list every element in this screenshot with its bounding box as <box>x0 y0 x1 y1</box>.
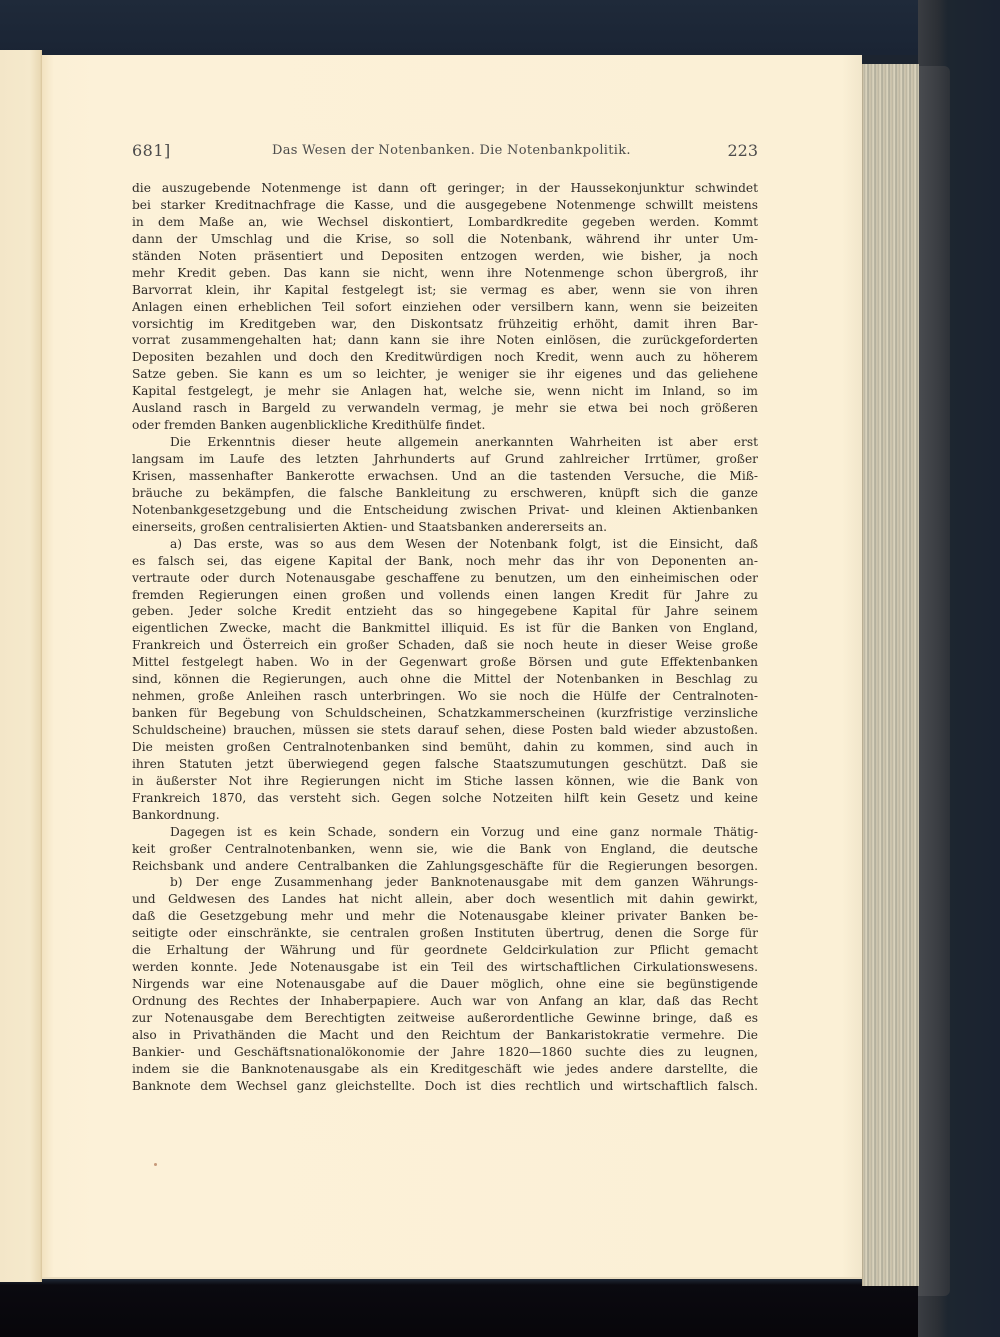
text-line: eigentlichen Zwecke, macht die Bankmitte… <box>132 620 758 637</box>
text-line: Satze geben. Sie kann es um so leichter,… <box>132 366 758 383</box>
text-line: Mittel festgelegt haben. Wo in der Gegen… <box>132 654 758 671</box>
text-line: a) Das erste, was so aus dem Wesen der N… <box>132 536 758 553</box>
text-line: die auszugebende Notenmenge ist dann oft… <box>132 180 758 197</box>
paper-speck <box>154 1163 157 1166</box>
text-line: die Erhaltung der Währung und für geordn… <box>132 942 758 959</box>
text-line: b) Der enge Zusammenhang jeder Banknoten… <box>132 874 758 891</box>
text-line: Krisen, massenhafter Bankerotte erwachse… <box>132 468 758 485</box>
text-line: Ordnung des Rechtes der Inhaberpapiere. … <box>132 993 758 1010</box>
text-line: es falsch sei, das eigene Kapital der Ba… <box>132 553 758 570</box>
text-line: zur Notenausgabe dem Berechtigten zeitwe… <box>132 1010 758 1027</box>
section-marker: 681] <box>132 141 171 160</box>
text-line: Schuldscheine) brauchen, müssen sie stet… <box>132 722 758 739</box>
text-line: nehmen, große Anleihen rasch unterbringe… <box>132 688 758 705</box>
text-line: Frankreich und Österreich ein großer Sch… <box>132 637 758 654</box>
previous-page-edge <box>0 50 42 1282</box>
text-line: bräuche zu bekämpfen, die falsche Bankle… <box>132 485 758 502</box>
text-line: Die Erkenntnis dieser heute allgemein an… <box>132 434 758 451</box>
text-line: langsam im Laufe des letzten Jahrhundert… <box>132 451 758 468</box>
text-line: Ausland rasch in Bargeld zu verwandeln v… <box>132 400 758 417</box>
text-line: werden konnte. Jede Notenausgabe ist ein… <box>132 959 758 976</box>
text-line: Depositen bezahlen und doch den Kreditwü… <box>132 349 758 366</box>
text-line: indem sie die Banknotenausgabe als ein K… <box>132 1061 758 1078</box>
page-header: 681] Das Wesen der Notenbanken. Die Note… <box>132 141 758 163</box>
text-line: Kapital festgelegt, je mehr sie Anlagen … <box>132 383 758 400</box>
text-line: Nirgends war eine Notenausgabe auf die D… <box>132 976 758 993</box>
body-text: die auszugebende Notenmenge ist dann oft… <box>132 180 758 1095</box>
book-cover-edge <box>918 66 950 1296</box>
text-line: Frankreich 1870, das versteht sich. Gege… <box>132 790 758 807</box>
running-title: Das Wesen der Notenbanken. Die Notenbank… <box>272 143 631 158</box>
text-line: dann der Umschlag und die Krise, so soll… <box>132 231 758 248</box>
text-line: Barvorrat klein, ihr Kapital festgelegt … <box>132 282 758 299</box>
text-line: daß die Gesetzgebung mehr und mehr die N… <box>132 908 758 925</box>
text-line: vertraute oder durch Notenausgabe gescha… <box>132 570 758 587</box>
text-line: einerseits, großen centralisierten Aktie… <box>132 519 758 536</box>
text-line: ihren Statuten jetzt überwiegend gegen f… <box>132 756 758 773</box>
text-line: vorrat zusammengehalten hat; dann kann s… <box>132 332 758 349</box>
text-line: sind, können die Regierungen, auch ohne … <box>132 671 758 688</box>
text-line: ständen Noten präsentiert und Depositen … <box>132 248 758 265</box>
text-line: in dem Maße an, wie Wechsel diskontiert,… <box>132 214 758 231</box>
text-line: Die meisten großen Centralnotenbanken si… <box>132 739 758 756</box>
text-line: geben. Jeder solche Kredit entzieht das … <box>132 603 758 620</box>
text-line: Reichsbank und andere Centralbanken die … <box>132 858 758 875</box>
text-line: fremden Regierungen einen großen und vol… <box>132 587 758 604</box>
page-number: 223 <box>727 141 758 160</box>
text-line: Notenbankgesetzgebung und die Entscheidu… <box>132 502 758 519</box>
text-line: Bankier- und Geschäftsnationalökonomie d… <box>132 1044 758 1061</box>
text-line: Anlagen einen erheblichen Teil sofort ei… <box>132 299 758 316</box>
text-line: mehr Kredit geben. Das kann sie nicht, w… <box>132 265 758 282</box>
text-line: vorsichtig im Kreditgeben war, den Disko… <box>132 316 758 333</box>
text-line: oder fremden Banken augenblickliche Kred… <box>132 417 758 434</box>
text-line: Banknote dem Wechsel ganz gleichstellte.… <box>132 1078 758 1095</box>
text-line: bei starker Kreditnachfrage die Kasse, u… <box>132 197 758 214</box>
text-line: Dagegen ist es kein Schade, sondern ein … <box>132 824 758 841</box>
text-line: banken für Begebung von Schuldscheinen, … <box>132 705 758 722</box>
text-line: also in Privathänden die Macht und den R… <box>132 1027 758 1044</box>
text-line: und Geldwesen des Landes hat nicht allei… <box>132 891 758 908</box>
text-line: in äußerster Not ihre Regierungen nicht … <box>132 773 758 790</box>
text-line: Bankordnung. <box>132 807 758 824</box>
page-edges <box>862 64 919 1286</box>
text-line: seitigte oder einschränkte, sie centrale… <box>132 925 758 942</box>
text-line: keit großer Centralnotenbanken, wenn sie… <box>132 841 758 858</box>
